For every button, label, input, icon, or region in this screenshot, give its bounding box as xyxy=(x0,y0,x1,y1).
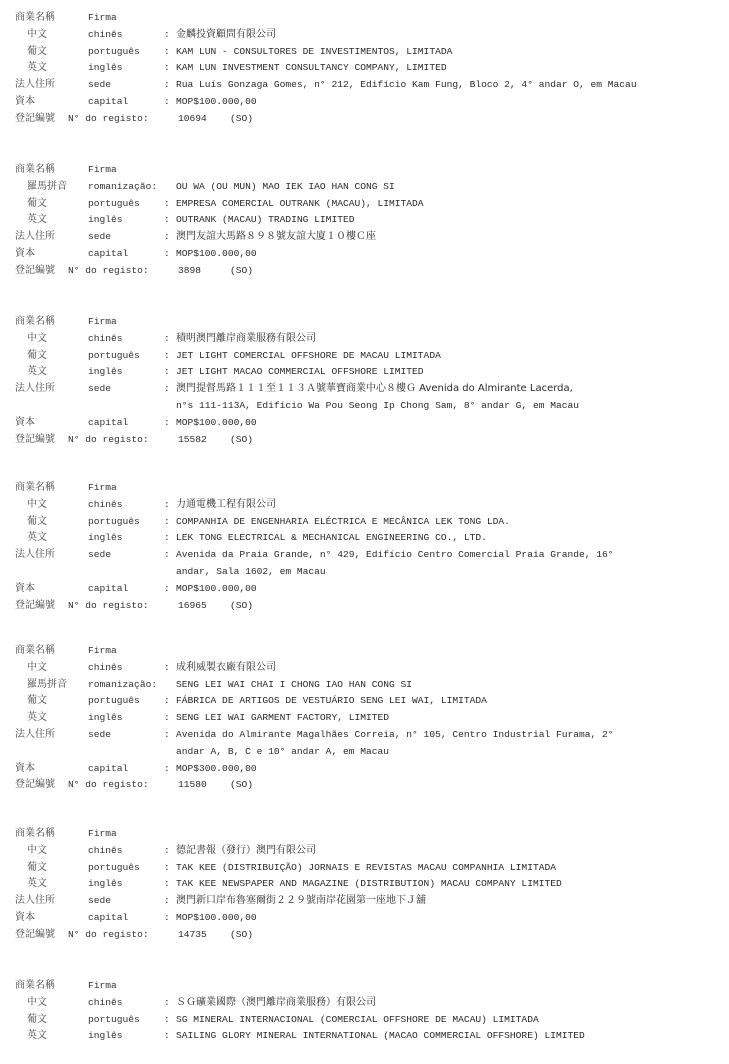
separator-colon: : xyxy=(164,581,170,598)
capital-label-zh: 資本 xyxy=(15,761,35,778)
firm-name-value: KAM LUN INVESTMENT CONSULTANCY COMPANY, … xyxy=(176,60,447,77)
firm-name-row: 羅馬拼音romanização:OU WA (OU MUN) MAO IEK I… xyxy=(0,179,729,196)
registration-label-pt: N° do registo: xyxy=(68,263,149,280)
firm-name-value: COMPANHIA DE ENGENHARIA ELÉCTRICA E MECÂ… xyxy=(176,514,510,531)
sede-address-value: Rua Luís Gonzaga Gomes, n° 212, Edifício… xyxy=(176,77,637,94)
capital-label-zh: 資本 xyxy=(15,246,35,263)
firm-name-row: 英文inglês:JET LIGHT MACAO COMMERCIAL OFFS… xyxy=(0,364,729,381)
firm-name-row: 英文inglês:KAM LUN INVESTMENT CONSULTANCY … xyxy=(0,60,729,77)
language-label-pt: português xyxy=(88,514,140,531)
sede-label-zh: 法人住所 xyxy=(15,381,55,398)
separator-colon: : xyxy=(164,876,170,893)
language-label-zh: 英文 xyxy=(27,1028,47,1045)
firm-name-row: 葡文português:EMPRESA COMERCIAL OUTRANK (M… xyxy=(0,196,729,213)
separator-colon: : xyxy=(164,530,170,547)
registration-number: 3898 xyxy=(178,263,201,280)
firm-heading-row: 商業名稱Firma xyxy=(0,162,729,179)
language-label-zh: 英文 xyxy=(27,364,47,381)
sede-address-value: 澳門新口岸布魯塞爾街２２９號南岸花園第一座地下Ｊ舖 xyxy=(176,893,426,910)
separator-colon: : xyxy=(164,995,170,1012)
firm-name-value: LEK TONG ELECTRICAL & MECHANICAL ENGINEE… xyxy=(176,530,487,547)
registration-number: 16965 xyxy=(178,598,207,615)
firm-name-value: 德記書報（發行）澳門有限公司 xyxy=(176,843,316,860)
registry-entry: 商業名稱Firma中文chinês:成利威製衣廠有限公司羅馬拼音romaniza… xyxy=(0,643,729,794)
separator-colon: : xyxy=(164,381,170,398)
separator-colon: : xyxy=(164,761,170,778)
registry-entry: 商業名稱Firma中文chinês:力通電機工程有限公司葡文português:… xyxy=(0,480,729,614)
registration-suffix: (SO) xyxy=(230,927,253,944)
heading-label-pt: Firma xyxy=(88,162,117,179)
separator-colon: : xyxy=(164,415,170,432)
separator-colon: : xyxy=(164,60,170,77)
separator-colon: : xyxy=(164,893,170,910)
registration-number: 14735 xyxy=(178,927,207,944)
sede-row: 法人住所sede:澳門提督馬路１１１至１１３Ａ號華寶商業中心８樓Ｇ Avenid… xyxy=(0,381,729,398)
capital-label-zh: 資本 xyxy=(15,94,35,111)
firm-name-row: 英文inglês:SAILING GLORY MINERAL INTERNATI… xyxy=(0,1028,729,1045)
language-label-pt: inglês xyxy=(88,212,123,229)
sede-label-pt: sede xyxy=(88,893,111,910)
registration-row: 登記編號N° do registo:16965(SO) xyxy=(0,598,729,615)
separator-colon: : xyxy=(164,1012,170,1029)
capital-value: MOP$100.000,00 xyxy=(176,910,257,927)
firm-name-row: 中文chinês:積明澳門離岸商業服務有限公司 xyxy=(0,331,729,348)
registration-label-zh: 登記編號 xyxy=(15,927,55,944)
sede-label-zh: 法人住所 xyxy=(15,229,55,246)
separator-colon: : xyxy=(164,497,170,514)
registration-label-zh: 登記編號 xyxy=(15,432,55,449)
sede-label-pt: sede xyxy=(88,727,111,744)
heading-label-zh: 商業名稱 xyxy=(15,978,55,995)
registry-entry: 商業名稱Firma中文chinês:德記書報（發行）澳門有限公司葡文portug… xyxy=(0,826,729,944)
language-label-zh: 中文 xyxy=(27,843,47,860)
sede-row: n°s 111-113A, Edifício Wa Pou Seong Ip C… xyxy=(0,398,729,415)
firm-heading-row: 商業名稱Firma xyxy=(0,826,729,843)
sede-label-zh: 法人住所 xyxy=(15,893,55,910)
separator-colon: : xyxy=(164,693,170,710)
firm-name-value: JET LIGHT MACAO COMMERCIAL OFFSHORE LIMI… xyxy=(176,364,424,381)
sede-label-pt: sede xyxy=(88,229,111,246)
registration-suffix: (SO) xyxy=(230,111,253,128)
capital-label-pt: capital xyxy=(88,94,128,111)
heading-label-zh: 商業名稱 xyxy=(15,643,55,660)
firm-heading-row: 商業名稱Firma xyxy=(0,643,729,660)
registration-label-zh: 登記編號 xyxy=(15,777,55,794)
capital-row: 資本capital:MOP$100.000,00 xyxy=(0,94,729,111)
firm-name-value: TAK KEE (DISTRIBUIÇÃO) JORNAIS E REVISTA… xyxy=(176,860,556,877)
sede-row: 法人住所sede:Avenida do Almirante Magalhães … xyxy=(0,727,729,744)
firm-name-row: 中文chinês:ＳＧ礦業國際（澳門離岸商業服務）有限公司 xyxy=(0,995,729,1012)
capital-row: 資本capital:MOP$300.000,00 xyxy=(0,761,729,778)
language-label-zh: 英文 xyxy=(27,212,47,229)
registration-number: 10694 xyxy=(178,111,207,128)
separator-colon: : xyxy=(164,910,170,927)
heading-label-pt: Firma xyxy=(88,314,117,331)
sede-row: andar, Sala 1602, em Macau xyxy=(0,564,729,581)
language-label-pt: inglês xyxy=(88,876,123,893)
separator-colon: : xyxy=(164,77,170,94)
sede-address-value: andar, Sala 1602, em Macau xyxy=(176,564,326,581)
capital-row: 資本capital:MOP$100.000,00 xyxy=(0,415,729,432)
firm-name-row: 中文chinês:金麟投資顧問有限公司 xyxy=(0,27,729,44)
language-label-zh: 葡文 xyxy=(27,44,47,61)
firm-name-value: 成利威製衣廠有限公司 xyxy=(176,660,276,677)
language-label-zh: 葡文 xyxy=(27,514,47,531)
language-label-zh: 葡文 xyxy=(27,348,47,365)
registration-row: 登記編號N° do registo:14735(SO) xyxy=(0,927,729,944)
capital-label-pt: capital xyxy=(88,910,128,927)
language-label-pt: português xyxy=(88,348,140,365)
language-label-zh: 中文 xyxy=(27,497,47,514)
language-label-zh: 羅馬拼音 xyxy=(27,179,67,196)
language-label-pt: inglês xyxy=(88,1028,123,1045)
registration-label-zh: 登記編號 xyxy=(15,263,55,280)
language-label-zh: 葡文 xyxy=(27,693,47,710)
sede-label-zh: 法人住所 xyxy=(15,727,55,744)
capital-value: MOP$100.000,00 xyxy=(176,94,257,111)
firm-name-value: EMPRESA COMERCIAL OUTRANK (MACAU), LIMIT… xyxy=(176,196,424,213)
language-label-zh: 中文 xyxy=(27,27,47,44)
language-label-pt: chinês xyxy=(88,497,123,514)
separator-colon: : xyxy=(164,710,170,727)
registration-number: 11580 xyxy=(178,777,207,794)
capital-value: MOP$300.000,00 xyxy=(176,761,257,778)
firm-name-value: TAK KEE NEWSPAPER AND MAGAZINE (DISTRIBU… xyxy=(176,876,562,893)
sede-row: 法人住所sede:澳門友誼大馬路８９８號友誼大廈１０樓Ｃ座 xyxy=(0,229,729,246)
registration-suffix: (SO) xyxy=(230,432,253,449)
capital-row: 資本capital:MOP$100.000,00 xyxy=(0,910,729,927)
sede-label-pt: sede xyxy=(88,381,111,398)
registry-entry: 商業名稱Firma羅馬拼音romanização:OU WA (OU MUN) … xyxy=(0,162,729,280)
heading-label-zh: 商業名稱 xyxy=(15,826,55,843)
separator-colon: : xyxy=(164,547,170,564)
registration-label-zh: 登記編號 xyxy=(15,111,55,128)
capital-row: 資本capital:MOP$100.000,00 xyxy=(0,581,729,598)
sede-label-zh: 法人住所 xyxy=(15,547,55,564)
sede-label-pt: sede xyxy=(88,547,111,564)
language-label-pt: português xyxy=(88,44,140,61)
firm-name-value: SAILING GLORY MINERAL INTERNATIONAL (MAC… xyxy=(176,1028,585,1045)
sede-label-zh: 法人住所 xyxy=(15,77,55,94)
firm-name-value: JET LIGHT COMERCIAL OFFSHORE DE MACAU LI… xyxy=(176,348,441,365)
language-label-pt: chinês xyxy=(88,995,123,1012)
firm-name-row: 羅馬拼音romanização:SENG LEI WAI CHAI I CHON… xyxy=(0,677,729,694)
firm-name-value: SENG LEI WAI GARMENT FACTORY, LIMITED xyxy=(176,710,389,727)
firm-name-value: KAM LUN - CONSULTORES DE INVESTIMENTOS, … xyxy=(176,44,452,61)
capital-label-pt: capital xyxy=(88,581,128,598)
firm-name-row: 英文inglês:TAK KEE NEWSPAPER AND MAGAZINE … xyxy=(0,876,729,893)
firm-name-row: 英文inglês:LEK TONG ELECTRICAL & MECHANICA… xyxy=(0,530,729,547)
separator-colon: : xyxy=(164,660,170,677)
language-label-pt: português xyxy=(88,1012,140,1029)
registry-entry: 商業名稱Firma中文chinês:金麟投資顧問有限公司葡文português:… xyxy=(0,10,729,128)
firm-heading-row: 商業名稱Firma xyxy=(0,480,729,497)
firm-name-row: 中文chinês:力通電機工程有限公司 xyxy=(0,497,729,514)
heading-label-pt: Firma xyxy=(88,480,117,497)
language-label-zh: 葡文 xyxy=(27,196,47,213)
firm-name-row: 英文inglês:OUTRANK (MACAU) TRADING LIMITED xyxy=(0,212,729,229)
language-label-pt: chinês xyxy=(88,843,123,860)
capital-label-zh: 資本 xyxy=(15,581,35,598)
firm-name-row: 葡文português:KAM LUN - CONSULTORES DE INV… xyxy=(0,44,729,61)
language-label-zh: 葡文 xyxy=(27,860,47,877)
language-label-pt: inglês xyxy=(88,364,123,381)
firm-name-row: 英文inglês:SENG LEI WAI GARMENT FACTORY, L… xyxy=(0,710,729,727)
capital-row: 資本capital:MOP$100.000,00 xyxy=(0,246,729,263)
firm-name-row: 中文chinês:成利威製衣廠有限公司 xyxy=(0,660,729,677)
registration-suffix: (SO) xyxy=(230,598,253,615)
heading-label-pt: Firma xyxy=(88,826,117,843)
firm-name-value: 積明澳門離岸商業服務有限公司 xyxy=(176,331,316,348)
separator-colon: : xyxy=(164,1028,170,1045)
language-label-pt: romanização: xyxy=(88,677,157,694)
firm-name-value: SG MINERAL INTERNACIONAL (COMERCIAL OFFS… xyxy=(176,1012,539,1029)
language-label-pt: inglês xyxy=(88,60,123,77)
registration-row: 登記編號N° do registo:10694(SO) xyxy=(0,111,729,128)
heading-label-zh: 商業名稱 xyxy=(15,314,55,331)
firm-name-row: 中文chinês:德記書報（發行）澳門有限公司 xyxy=(0,843,729,860)
firm-name-row: 葡文português:SG MINERAL INTERNACIONAL (CO… xyxy=(0,1012,729,1029)
separator-colon: : xyxy=(164,348,170,365)
language-label-zh: 英文 xyxy=(27,876,47,893)
firm-heading-row: 商業名稱Firma xyxy=(0,978,729,995)
language-label-pt: português xyxy=(88,196,140,213)
language-label-pt: chinês xyxy=(88,27,123,44)
firm-heading-row: 商業名稱Firma xyxy=(0,314,729,331)
heading-label-pt: Firma xyxy=(88,643,117,660)
sede-row: andar A, B, C e 10° andar A, em Macau xyxy=(0,744,729,761)
language-label-pt: português xyxy=(88,860,140,877)
capital-value: MOP$100.000,00 xyxy=(176,246,257,263)
registration-suffix: (SO) xyxy=(230,263,253,280)
separator-colon: : xyxy=(164,860,170,877)
language-label-pt: inglês xyxy=(88,710,123,727)
registration-label-pt: N° do registo: xyxy=(68,777,149,794)
language-label-zh: 英文 xyxy=(27,710,47,727)
registration-label-zh: 登記編號 xyxy=(15,598,55,615)
capital-value: MOP$100.000,00 xyxy=(176,415,257,432)
capital-label-pt: capital xyxy=(88,246,128,263)
registration-label-pt: N° do registo: xyxy=(68,432,149,449)
sede-row: 法人住所sede:Avenida da Praia Grande, n° 429… xyxy=(0,547,729,564)
firm-name-value: ＳＧ礦業國際（澳門離岸商業服務）有限公司 xyxy=(176,995,376,1012)
separator-colon: : xyxy=(164,212,170,229)
firm-name-value: 金麟投資顧問有限公司 xyxy=(176,27,276,44)
firm-name-value: FÁBRICA DE ARTIGOS DE VESTUÁRIO SENG LEI… xyxy=(176,693,487,710)
registration-row: 登記編號N° do registo:11580(SO) xyxy=(0,777,729,794)
separator-colon: : xyxy=(164,196,170,213)
language-label-zh: 中文 xyxy=(27,660,47,677)
separator-colon: : xyxy=(164,514,170,531)
language-label-zh: 葡文 xyxy=(27,1012,47,1029)
sede-address-value: Avenida do Almirante Magalhães Correia, … xyxy=(176,727,614,744)
heading-label-zh: 商業名稱 xyxy=(15,480,55,497)
registration-row: 登記編號N° do registo:15582(SO) xyxy=(0,432,729,449)
heading-label-zh: 商業名稱 xyxy=(15,162,55,179)
firm-name-value: SENG LEI WAI CHAI I CHONG IAO HAN CONG S… xyxy=(176,677,412,694)
capital-label-pt: capital xyxy=(88,761,128,778)
sede-address-value: 澳門友誼大馬路８９８號友誼大廈１０樓Ｃ座 xyxy=(176,229,376,246)
sede-row: 法人住所sede:Rua Luís Gonzaga Gomes, n° 212,… xyxy=(0,77,729,94)
firm-name-row: 葡文português:JET LIGHT COMERCIAL OFFSHORE… xyxy=(0,348,729,365)
language-label-zh: 中文 xyxy=(27,331,47,348)
separator-colon: : xyxy=(164,229,170,246)
sede-address-value: n°s 111-113A, Edifício Wa Pou Seong Ip C… xyxy=(176,398,579,415)
firm-name-row: 葡文português:FÁBRICA DE ARTIGOS DE VESTUÁ… xyxy=(0,693,729,710)
registration-suffix: (SO) xyxy=(230,777,253,794)
separator-colon: : xyxy=(164,331,170,348)
capital-label-zh: 資本 xyxy=(15,415,35,432)
separator-colon: : xyxy=(164,727,170,744)
language-label-zh: 英文 xyxy=(27,530,47,547)
sede-label-pt: sede xyxy=(88,77,111,94)
firm-name-value: 力通電機工程有限公司 xyxy=(176,497,276,514)
registration-row: 登記編號N° do registo:3898(SO) xyxy=(0,263,729,280)
firm-name-value: OUTRANK (MACAU) TRADING LIMITED xyxy=(176,212,354,229)
heading-label-pt: Firma xyxy=(88,10,117,27)
separator-colon: : xyxy=(164,27,170,44)
language-label-zh: 羅馬拼音 xyxy=(27,677,67,694)
capital-label-zh: 資本 xyxy=(15,910,35,927)
capital-value: MOP$100.000,00 xyxy=(176,581,257,598)
sede-row: 法人住所sede:澳門新口岸布魯塞爾街２２９號南岸花園第一座地下Ｊ舖 xyxy=(0,893,729,910)
language-label-pt: romanização: xyxy=(88,179,157,196)
language-label-pt: chinês xyxy=(88,660,123,677)
sede-address-value: 澳門提督馬路１１１至１１３Ａ號華寶商業中心８樓Ｇ Avenida do Almi… xyxy=(176,381,573,398)
separator-colon: : xyxy=(164,843,170,860)
firm-heading-row: 商業名稱Firma xyxy=(0,10,729,27)
separator-colon: : xyxy=(164,364,170,381)
registration-number: 15582 xyxy=(178,432,207,449)
language-label-pt: português xyxy=(88,693,140,710)
heading-label-pt: Firma xyxy=(88,978,117,995)
separator-colon: : xyxy=(164,246,170,263)
registry-entry: 商業名稱Firma中文chinês:ＳＧ礦業國際（澳門離岸商業服務）有限公司葡文… xyxy=(0,978,729,1045)
language-label-pt: chinês xyxy=(88,331,123,348)
language-label-zh: 英文 xyxy=(27,60,47,77)
registry-entry: 商業名稱Firma中文chinês:積明澳門離岸商業服務有限公司葡文portug… xyxy=(0,314,729,448)
language-label-zh: 中文 xyxy=(27,995,47,1012)
registration-label-pt: N° do registo: xyxy=(68,598,149,615)
heading-label-zh: 商業名稱 xyxy=(15,10,55,27)
firm-name-value: OU WA (OU MUN) MAO IEK IAO HAN CONG SI xyxy=(176,179,395,196)
registration-label-pt: N° do registo: xyxy=(68,111,149,128)
firm-name-row: 葡文português:TAK KEE (DISTRIBUIÇÃO) JORNA… xyxy=(0,860,729,877)
registration-label-pt: N° do registo: xyxy=(68,927,149,944)
language-label-pt: inglês xyxy=(88,530,123,547)
sede-address-value: Avenida da Praia Grande, n° 429, Edifíci… xyxy=(176,547,614,564)
sede-address-value: andar A, B, C e 10° andar A, em Macau xyxy=(176,744,389,761)
separator-colon: : xyxy=(164,44,170,61)
separator-colon: : xyxy=(164,94,170,111)
firm-name-row: 葡文português:COMPANHIA DE ENGENHARIA ELÉC… xyxy=(0,514,729,531)
capital-label-pt: capital xyxy=(88,415,128,432)
